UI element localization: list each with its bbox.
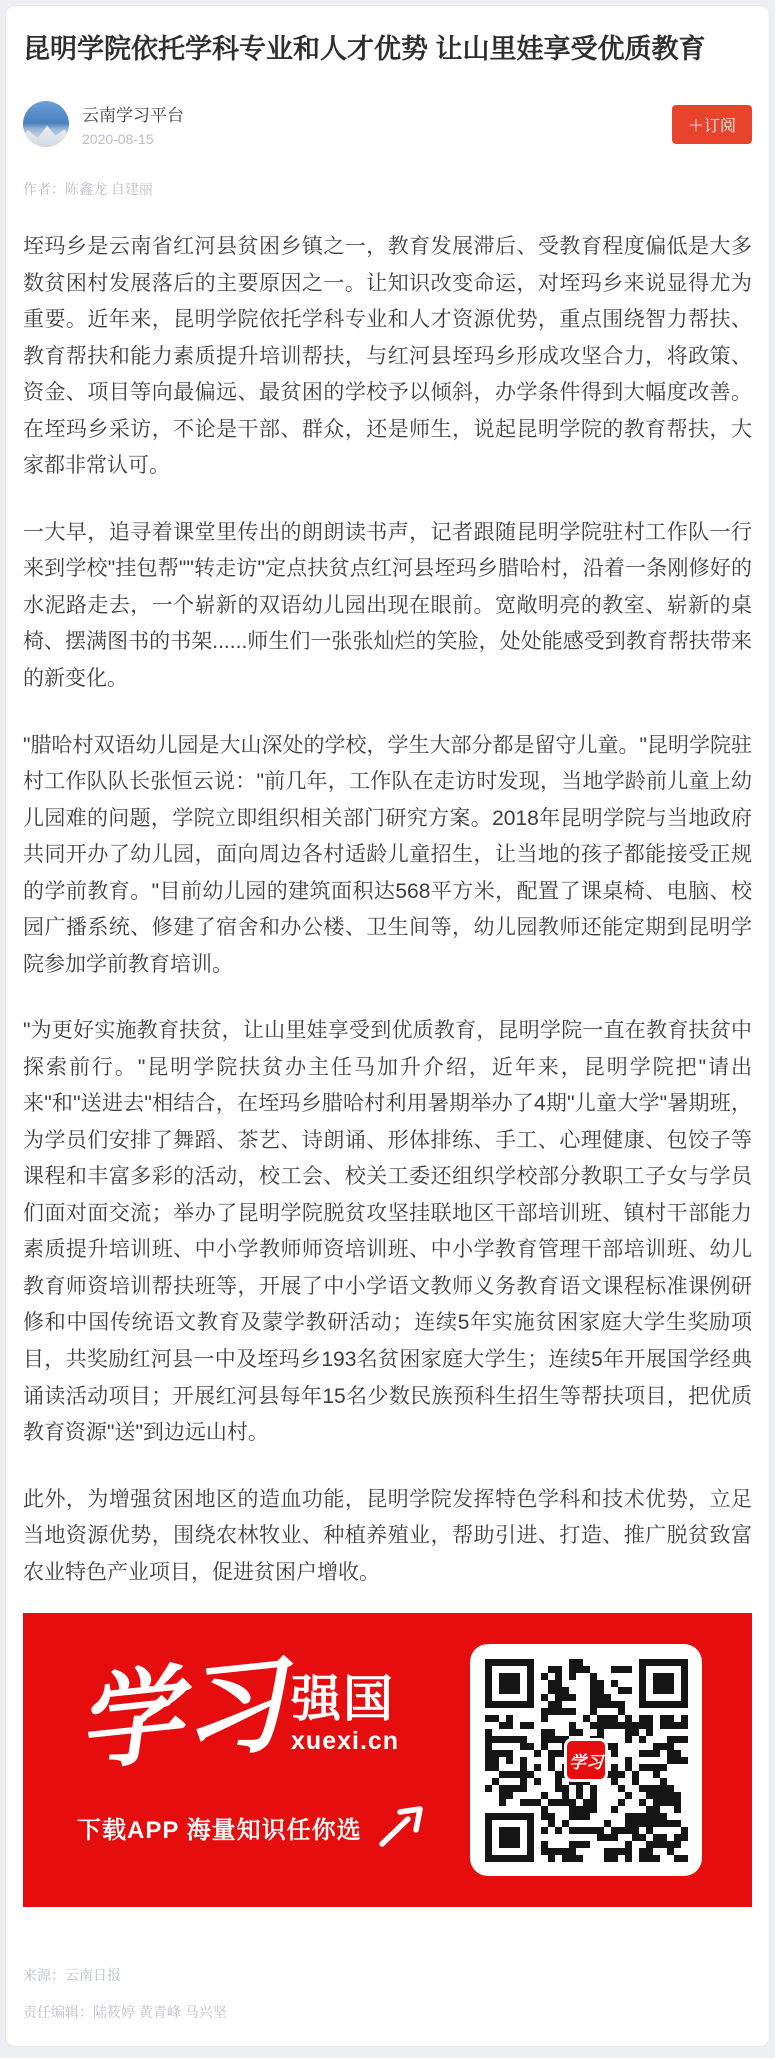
author-byline: 作者：陈鑫龙 自建丽 [23, 179, 752, 199]
article-card: 昆明学院依托学科专业和人才优势 让山里娃享受优质教育 云南学习平台 2020-0… [5, 5, 770, 2047]
xuexi-domain-text: xuexi.cn [291, 1727, 399, 1756]
article-paragraph-3: "腊哈村双语幼儿园是大山深处的学校，学生大部分都是留守儿童。"昆明学院驻村工作队… [23, 728, 752, 984]
article-paragraph-4: "为更好实施教育扶贫，让山里娃享受到优质教育，昆明学院一直在教育扶贫中探索前行。… [23, 1013, 752, 1451]
banner-slogan: 下载APP 海量知识任你选 [77, 1810, 362, 1845]
publisher-row: 云南学习平台 2020-08-15 ＋订阅 [23, 101, 752, 147]
xuexi-promo-banner[interactable]: 学习 强国 xuexi.cn 下载APP 海量知识任你选 学习 [23, 1613, 752, 1907]
source-line: 来源：云南日报 [23, 1965, 752, 1985]
publish-date: 2020-08-15 [82, 131, 672, 147]
banner-left-column: 学习 强国 xuexi.cn 下载APP 海量知识任你选 [77, 1670, 428, 1850]
article-body: 垤玛乡是云南省红河县贫困乡镇之一，教育发展滞后、受教育程度偏低是大多数贫困村发展… [23, 229, 752, 1591]
banner-slogan-row: 下载APP 海量知识任你选 [77, 1804, 428, 1850]
qr-center-logo: 学习 [564, 1738, 608, 1782]
xuexi-logo-stack: 强国 xuexi.cn [291, 1673, 399, 1759]
article-title: 昆明学院依托学科专业和人才优势 让山里娃享受优质教育 [23, 30, 752, 69]
publisher-meta: 云南学习平台 2020-08-15 [82, 101, 672, 147]
qr-card: 学习 [470, 1644, 702, 1876]
arrow-up-right-icon [376, 1804, 428, 1850]
editors-line: 责任编辑：陆筱婷 黄青峰 马兴坚 [23, 2002, 752, 2022]
xuexi-logo: 学习 强国 xuexi.cn [77, 1670, 428, 1758]
subscribe-button[interactable]: ＋订阅 [672, 105, 752, 144]
article-paragraph-2: 一大早，追寻着课堂里传出的朗朗读书声，记者跟随昆明学院驻村工作队一行来到学校"挂… [23, 515, 752, 698]
article-paragraph-5: 此外，为增强贫困地区的造血功能，昆明学院发挥特色学科和技术优势，立足当地资源优势… [23, 1482, 752, 1592]
article-footer: 来源：云南日报 责任编辑：陆筱婷 黄青峰 马兴坚 [23, 1965, 752, 2022]
article-paragraph-1: 垤玛乡是云南省红河县贫困乡镇之一，教育发展滞后、受教育程度偏低是大多数贫困村发展… [23, 229, 752, 485]
xuexi-logo-bold-text: 强国 [291, 1673, 399, 1726]
xuexi-logo-script-text: 学习 [73, 1659, 289, 1769]
publisher-avatar[interactable] [23, 101, 69, 147]
publisher-name[interactable]: 云南学习平台 [82, 101, 672, 126]
